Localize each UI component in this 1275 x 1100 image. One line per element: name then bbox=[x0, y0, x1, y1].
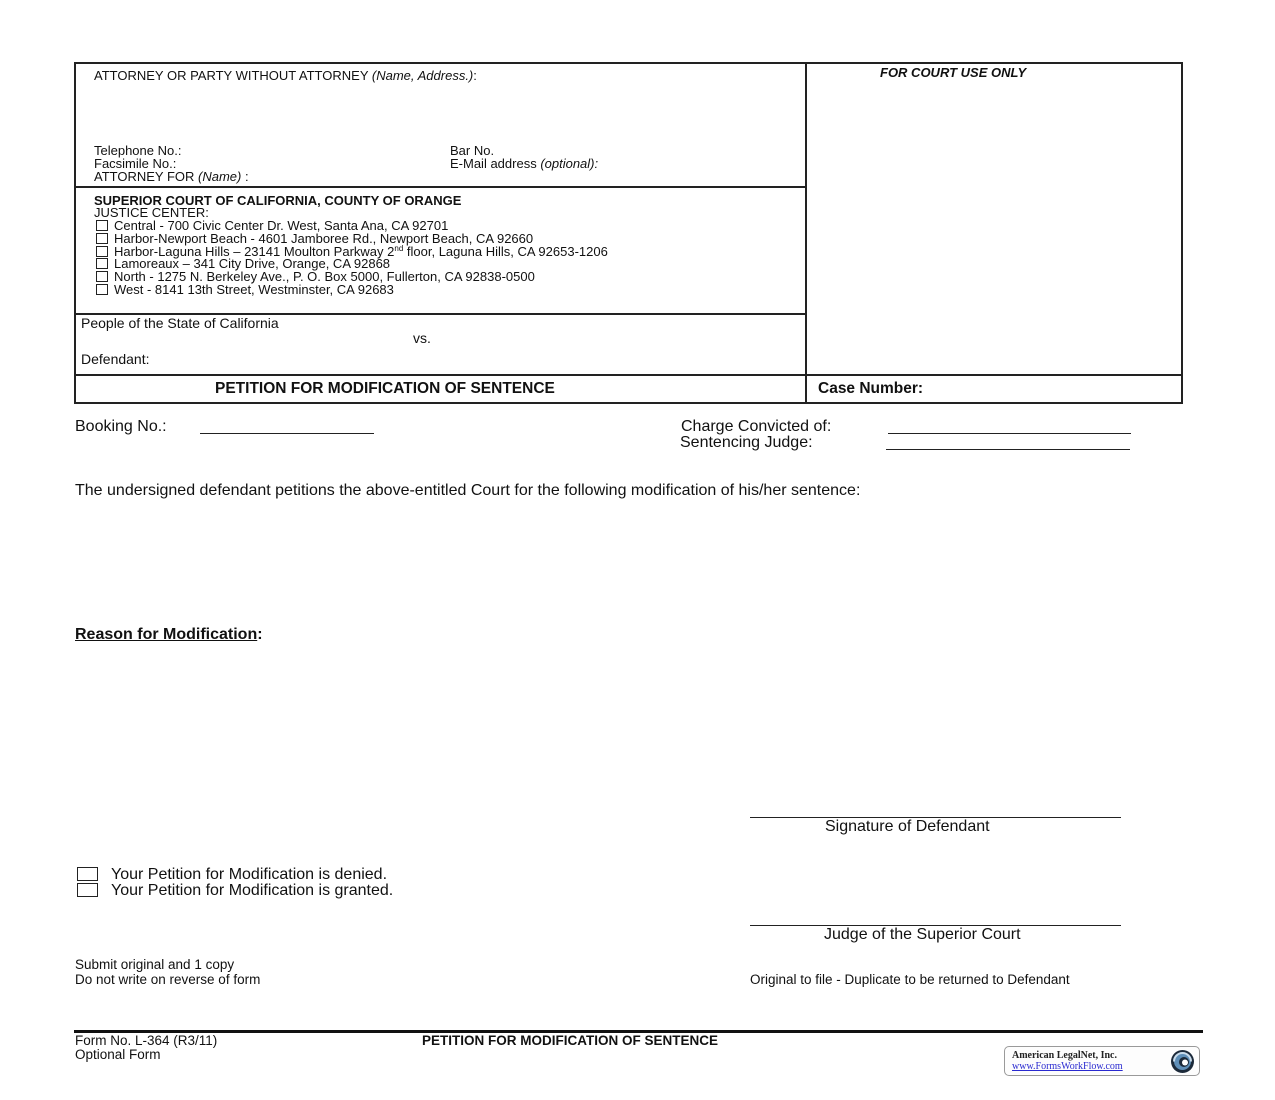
ordinal-superscript: nd bbox=[394, 244, 403, 253]
attorney-for-italic: (Name) bbox=[198, 169, 241, 184]
judge-signature-label: Judge of the Superior Court bbox=[824, 927, 1021, 943]
denied-label: Your Petition for Modification is denied… bbox=[111, 867, 387, 883]
attorney-for-suffix: : bbox=[241, 169, 248, 184]
caption-divider-title bbox=[74, 374, 1183, 376]
checkbox[interactable] bbox=[96, 284, 108, 295]
reason-heading-colon: : bbox=[257, 626, 262, 643]
caption-border-left bbox=[74, 62, 76, 404]
defendant-signature-label: Signature of Defendant bbox=[825, 819, 990, 835]
attorney-label: ATTORNEY OR PARTY WITHOUT ATTORNEY (Name… bbox=[94, 69, 477, 82]
attorney-label-italic: (Name, Address.) bbox=[372, 68, 473, 83]
form-title: PETITION FOR MODIFICATION OF SENTENCE bbox=[215, 381, 555, 397]
optional-form-label: Optional Form bbox=[75, 1048, 161, 1061]
granted-label: Your Petition for Modification is grante… bbox=[111, 883, 393, 899]
checkbox[interactable] bbox=[96, 271, 108, 282]
footer-title: PETITION FOR MODIFICATION OF SENTENCE bbox=[422, 1034, 718, 1047]
caption-border-top bbox=[74, 62, 1183, 64]
plaintiff-name: People of the State of California bbox=[81, 317, 279, 330]
email-label: E-Mail address (optional): bbox=[450, 157, 598, 170]
sentencing-judge-label: Sentencing Judge: bbox=[680, 435, 813, 451]
checkbox[interactable] bbox=[96, 220, 108, 231]
caption-border-bottom bbox=[74, 402, 1183, 404]
booking-input[interactable] bbox=[200, 433, 374, 434]
email-label-italic: (optional): bbox=[540, 156, 598, 171]
caption-divider-vertical bbox=[805, 62, 807, 404]
reason-heading-text: Reason for Modification bbox=[75, 626, 257, 643]
defendant-label: Defendant: bbox=[81, 353, 150, 366]
option-label-cont: floor, Laguna Hills, CA 92653-1206 bbox=[403, 244, 608, 259]
sentencing-judge-input[interactable] bbox=[886, 449, 1130, 450]
american-legalnet-logo[interactable]: American LegalNet, Inc. www.FormsWorkFlo… bbox=[1004, 1046, 1200, 1076]
reverse-note: Do not write on reverse of form bbox=[75, 973, 260, 986]
submit-note: Submit original and 1 copy bbox=[75, 958, 234, 971]
charge-input[interactable] bbox=[888, 433, 1131, 434]
distribution-note: Original to file - Duplicate to be retur… bbox=[750, 973, 1070, 986]
globe-icon bbox=[1170, 1049, 1195, 1074]
granted-checkbox[interactable] bbox=[77, 883, 98, 897]
checkbox[interactable] bbox=[96, 233, 108, 244]
case-number-label: Case Number: bbox=[818, 381, 923, 397]
checkbox[interactable] bbox=[96, 258, 108, 269]
logo-url-link[interactable]: www.FormsWorkFlow.com bbox=[1012, 1062, 1123, 1072]
attorney-label-suffix: : bbox=[473, 68, 477, 83]
email-label-text: E-Mail address bbox=[450, 156, 540, 171]
petition-statement: The undersigned defendant petitions the … bbox=[75, 483, 860, 499]
booking-label: Booking No.: bbox=[75, 419, 167, 435]
form-number: Form No. L-364 (R3/11) bbox=[75, 1034, 217, 1047]
justice-center-option-west[interactable]: West - 8141 13th Street, Westminster, CA… bbox=[96, 283, 394, 296]
attorney-for-label: ATTORNEY FOR (Name) : bbox=[94, 170, 249, 183]
court-use-label: FOR COURT USE ONLY bbox=[880, 66, 1026, 79]
caption-border-right bbox=[1181, 62, 1183, 404]
logo-company-name: American LegalNet, Inc. bbox=[1012, 1051, 1117, 1061]
caption-divider-attorney bbox=[74, 186, 807, 188]
versus-label: vs. bbox=[413, 332, 431, 345]
charge-label: Charge Convicted of: bbox=[681, 419, 831, 435]
attorney-for-text: ATTORNEY FOR bbox=[94, 169, 198, 184]
denied-checkbox[interactable] bbox=[77, 867, 98, 881]
checkbox[interactable] bbox=[96, 246, 108, 257]
attorney-label-text: ATTORNEY OR PARTY WITHOUT ATTORNEY bbox=[94, 68, 372, 83]
option-label: West - 8141 13th Street, Westminster, CA… bbox=[114, 282, 394, 297]
reason-heading: Reason for Modification: bbox=[75, 627, 263, 643]
